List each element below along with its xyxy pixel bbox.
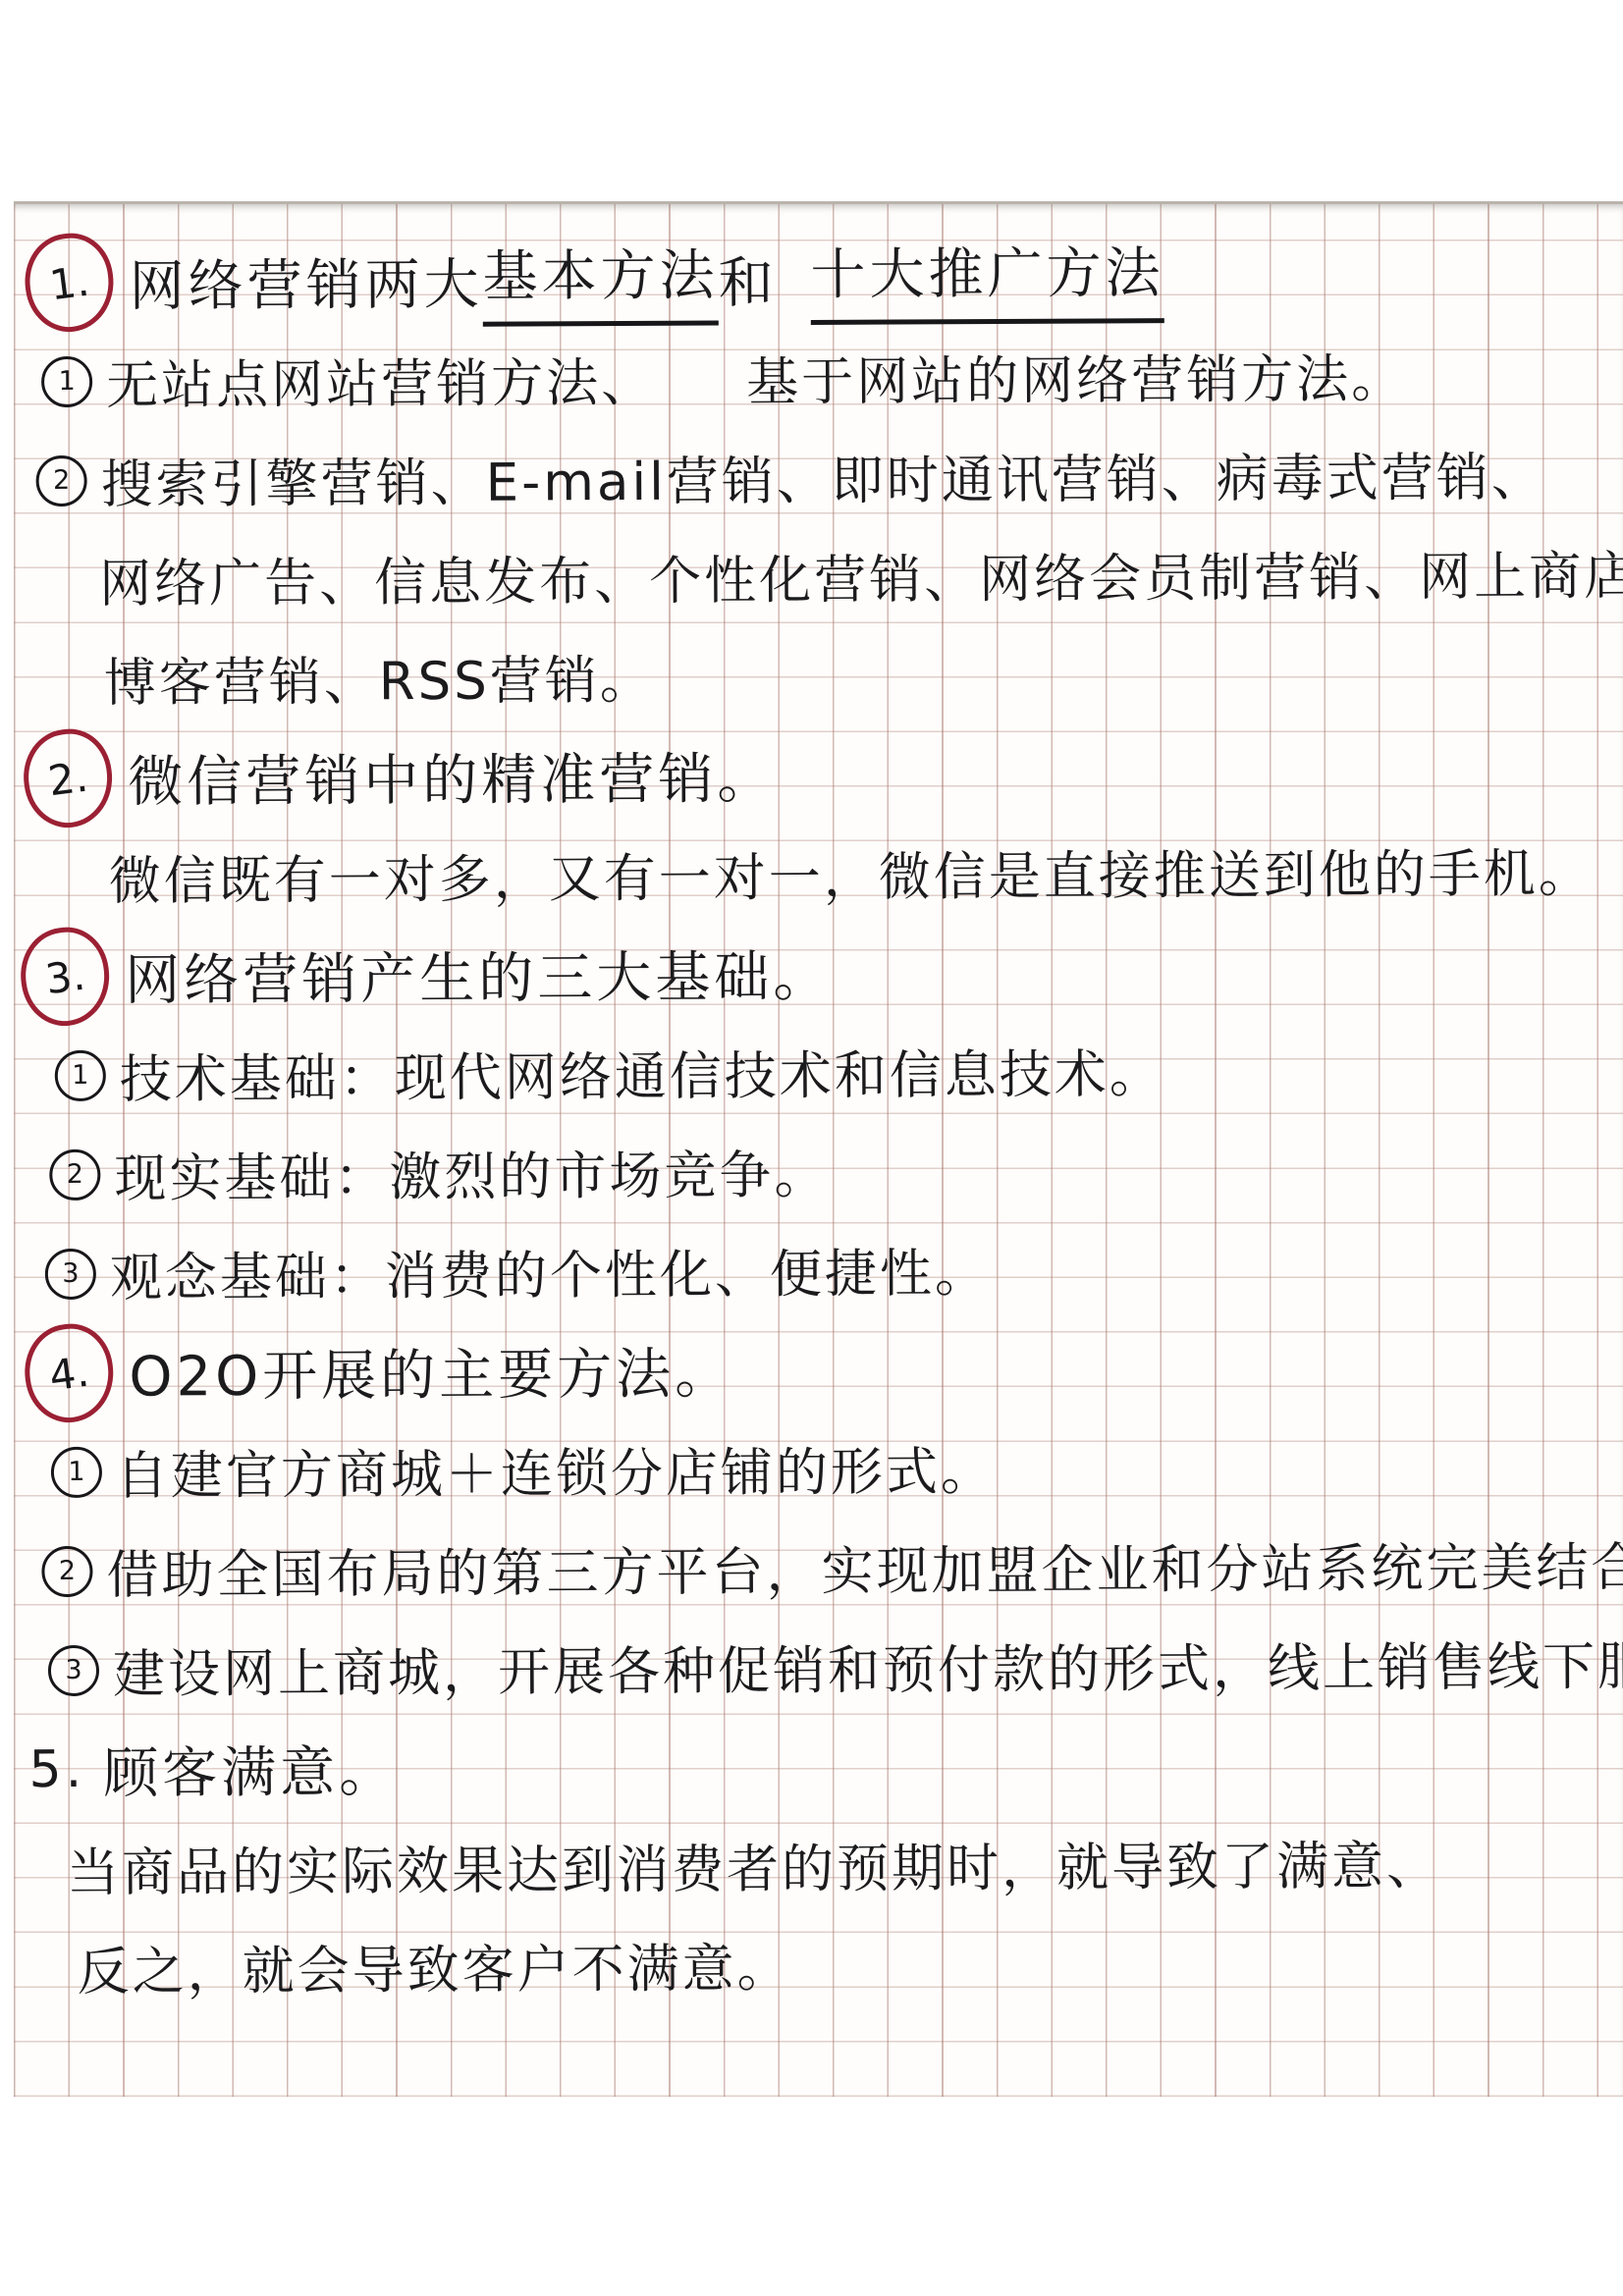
section-1-item-2-text: 搜索引擎营销、E-mail营销、即时通讯营销、病毒式营销、 bbox=[100, 436, 1546, 518]
section-1-item-2: 2 搜索引擎营销、E-mail营销、即时通讯营销、病毒式营销、 bbox=[12, 423, 1620, 531]
section-4-item-3: 3 建设网上商城，开展各种促销和预付款的形式，线上销售线下服务 bbox=[19, 1613, 1623, 1721]
section-5-number: 5. bbox=[28, 1739, 85, 1798]
section-5-body-2: 反之，就会导致客户不满意。 bbox=[20, 1910, 1623, 2018]
section-4-item-2: 2 借助全国布局的第三方平台，实现加盟企业和分站系统完美结合。 bbox=[18, 1514, 1623, 1622]
circled-marker-2: 2 bbox=[49, 1148, 100, 1200]
circled-marker-3: 3 bbox=[48, 1644, 99, 1695]
section-1-item-1: 1 无站点网站营销方法、 基于网站的网络营销方法。 bbox=[12, 324, 1620, 432]
section-4-title: O2O开展的主要方法。 bbox=[129, 1330, 733, 1412]
section-4-item-3-text: 建设网上商城，开展各种促销和预付款的形式，线上销售线下服务 bbox=[113, 1625, 1623, 1708]
circled-marker-2: 2 bbox=[41, 1545, 92, 1596]
section-1-item-2-continuation-2: 博客营销、RSS营销。 bbox=[13, 621, 1621, 729]
section-3-item-1: 1 技术基础：现代网络通信技术和信息技术。 bbox=[16, 1018, 1623, 1126]
section-5-body-1-text: 当商品的实际效果达到消费者的预期时，就导致了满意、 bbox=[67, 1824, 1441, 1905]
circled-number-4: 4. bbox=[19, 1318, 119, 1427]
section-3-item-1-text: 技术基础：现代网络通信技术和信息技术。 bbox=[120, 1033, 1164, 1113]
notes-content: 1. 网络营销两大 基本方法 和 十大推广方法 1 无站点网站营销方法、 基于网… bbox=[0, 197, 1623, 2018]
section-4-item-1-text: 自建官方商城＋连锁分店铺的形式。 bbox=[116, 1430, 996, 1510]
section-2-body-text: 微信既有一对多，又有一对一，微信是直接推送到他的手机。 bbox=[109, 831, 1594, 914]
section-1-heading: 1. 网络营销两大 基本方法 和 十大推广方法 bbox=[11, 225, 1619, 333]
section-4-item-1: 1 自建官方商城＋连锁分店铺的形式。 bbox=[18, 1415, 1623, 1522]
circled-number-1: 1. bbox=[20, 228, 120, 337]
section-4-heading: 4. O2O开展的主要方法。 bbox=[17, 1315, 1623, 1423]
circled-number-2: 2. bbox=[18, 723, 118, 832]
section-5-heading: 5. 顾客满意。 bbox=[19, 1712, 1623, 1820]
section-3-item-3: 3 观念基础：消费的个性化、便捷性。 bbox=[17, 1216, 1623, 1324]
section-1-title-underlined-2: 十大推广方法 bbox=[810, 230, 1163, 325]
section-1-item-2-cont-2-text: 博客营销、RSS营销。 bbox=[104, 638, 656, 716]
section-1-item-2-cont-1-text: 网络广告、信息发布、个性化营销、网络会员制营销、网上商店、 bbox=[99, 534, 1623, 617]
section-2-body: 微信既有一对多，又有一对一，微信是直接推送到他的手机。 bbox=[14, 820, 1622, 928]
handwritten-notes-page: 1. 网络营销两大 基本方法 和 十大推广方法 1 无站点网站营销方法、 基于网… bbox=[0, 0, 1623, 2296]
section-5-body-1: 当商品的实际效果达到消费者的预期时，就导致了满意、 bbox=[20, 1811, 1623, 1919]
section-3-item-2: 2 现实基础：激烈的市场竞争。 bbox=[16, 1117, 1623, 1225]
section-1-item-1-text-a: 无站点网站营销方法、 bbox=[106, 341, 656, 418]
circled-marker-1: 1 bbox=[51, 1446, 102, 1497]
section-1-title-underlined-1: 基本方法 bbox=[482, 232, 718, 326]
section-5-title: 顾客满意。 bbox=[103, 1729, 398, 1809]
circled-marker-3: 3 bbox=[45, 1248, 96, 1299]
section-3-title: 网络营销产生的三大基础。 bbox=[125, 933, 832, 1015]
section-5-body-2-text: 反之，就会导致客户不满意。 bbox=[77, 1927, 791, 2005]
section-1-item-2-continuation-1: 网络广告、信息发布、个性化营销、网络会员制营销、网上商店、 bbox=[13, 522, 1621, 630]
section-3-item-2-text: 现实基础：激烈的市场竞争。 bbox=[114, 1133, 829, 1211]
circled-marker-1: 1 bbox=[41, 355, 92, 406]
section-3-item-3-text: 观念基础：消费的个性化、便捷性。 bbox=[110, 1232, 990, 1311]
circled-marker-2: 2 bbox=[36, 454, 87, 506]
section-1-item-1-text-b: 基于网站的网络营销方法。 bbox=[746, 337, 1406, 415]
section-4-item-2-text: 借助全国布局的第三方平台，实现加盟企业和分站系统完美结合。 bbox=[106, 1525, 1623, 1609]
section-2-title: 微信营销中的精准营销。 bbox=[128, 735, 776, 817]
section-1-title-pre: 网络营销两大 bbox=[129, 240, 482, 321]
section-2-heading: 2. 微信营销中的精准营销。 bbox=[14, 721, 1622, 828]
section-3-heading: 3. 网络营销产生的三大基础。 bbox=[15, 919, 1623, 1027]
section-1-title-mid: 和 bbox=[718, 240, 777, 318]
circled-number-3: 3. bbox=[15, 922, 115, 1031]
circled-marker-1: 1 bbox=[55, 1049, 106, 1100]
